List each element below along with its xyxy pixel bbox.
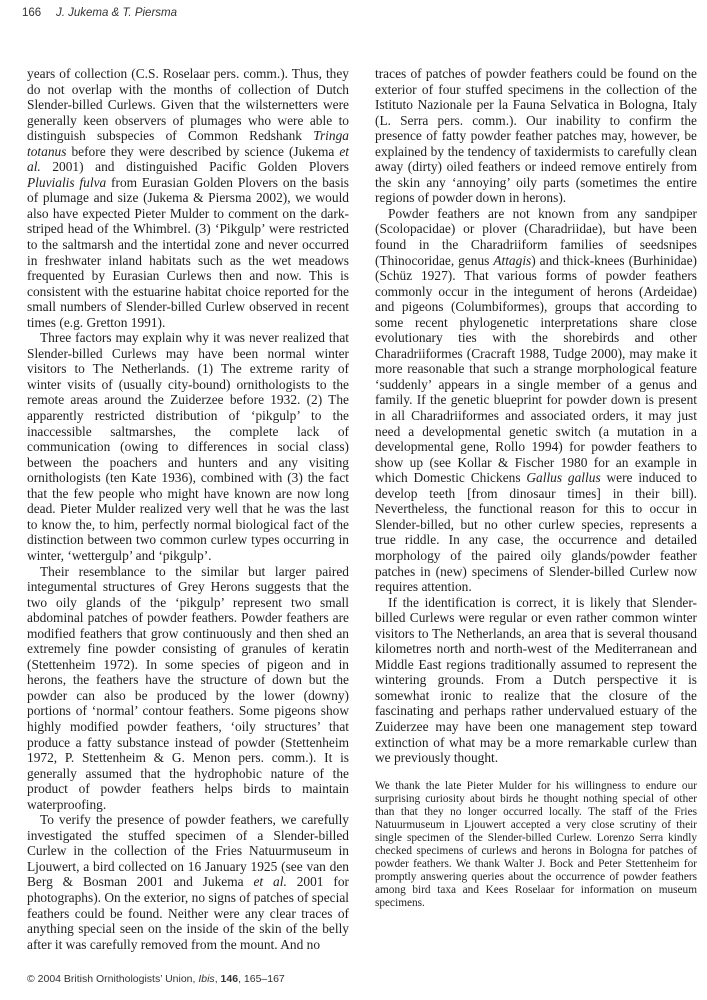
species-name: Gallus gallus <box>526 470 600 485</box>
paragraph: If the identification is correct, it is … <box>375 595 697 766</box>
text: from Eurasian Golden Plovers on the basi… <box>27 175 349 330</box>
right-column: traces of patches of powder feathers cou… <box>375 66 697 910</box>
genus-name: Attagis <box>493 253 531 268</box>
left-column: years of collection (C.S. Roselaar pers.… <box>27 66 349 952</box>
paragraph: Three factors may explain why it was nev… <box>27 330 349 563</box>
footer-citation: © 2004 British Ornithologists’ Union, Ib… <box>27 973 285 985</box>
text: ) and thick-knees (Burhinidae) (Schüz 19… <box>375 253 697 486</box>
paragraph: years of collection (C.S. Roselaar pers.… <box>27 66 349 330</box>
running-header-authors: J. Jukema & T. Piersma <box>56 7 177 19</box>
journal-name: Ibis <box>198 973 214 985</box>
text: were induced to develop teeth [from dino… <box>375 470 697 594</box>
page-number: 166 <box>22 7 56 19</box>
paragraph: To verify the presence of powder feather… <box>27 812 349 952</box>
et-al: et al. <box>253 874 286 889</box>
running-header: 166J. Jukema & T. Piersma <box>22 7 177 19</box>
species-name: Pluvialis fulva <box>27 175 106 190</box>
copyright-text: © 2004 British Ornithologists’ Union, <box>27 973 198 985</box>
paragraph: Their resemblance to the similar but lar… <box>27 564 349 813</box>
text: before they were described by science (J… <box>66 144 339 159</box>
volume-number: 146 <box>221 973 239 985</box>
acknowledgements: We thank the late Pieter Mulder for his … <box>375 780 697 910</box>
page-range: , 165–167 <box>238 973 285 985</box>
text: 2001) and distinguished Pacific Golden P… <box>41 159 349 174</box>
text: years of collection (C.S. Roselaar pers.… <box>27 66 349 143</box>
paragraph: Powder feathers are not known from any s… <box>375 206 697 595</box>
paragraph: traces of patches of powder feathers cou… <box>375 66 697 206</box>
